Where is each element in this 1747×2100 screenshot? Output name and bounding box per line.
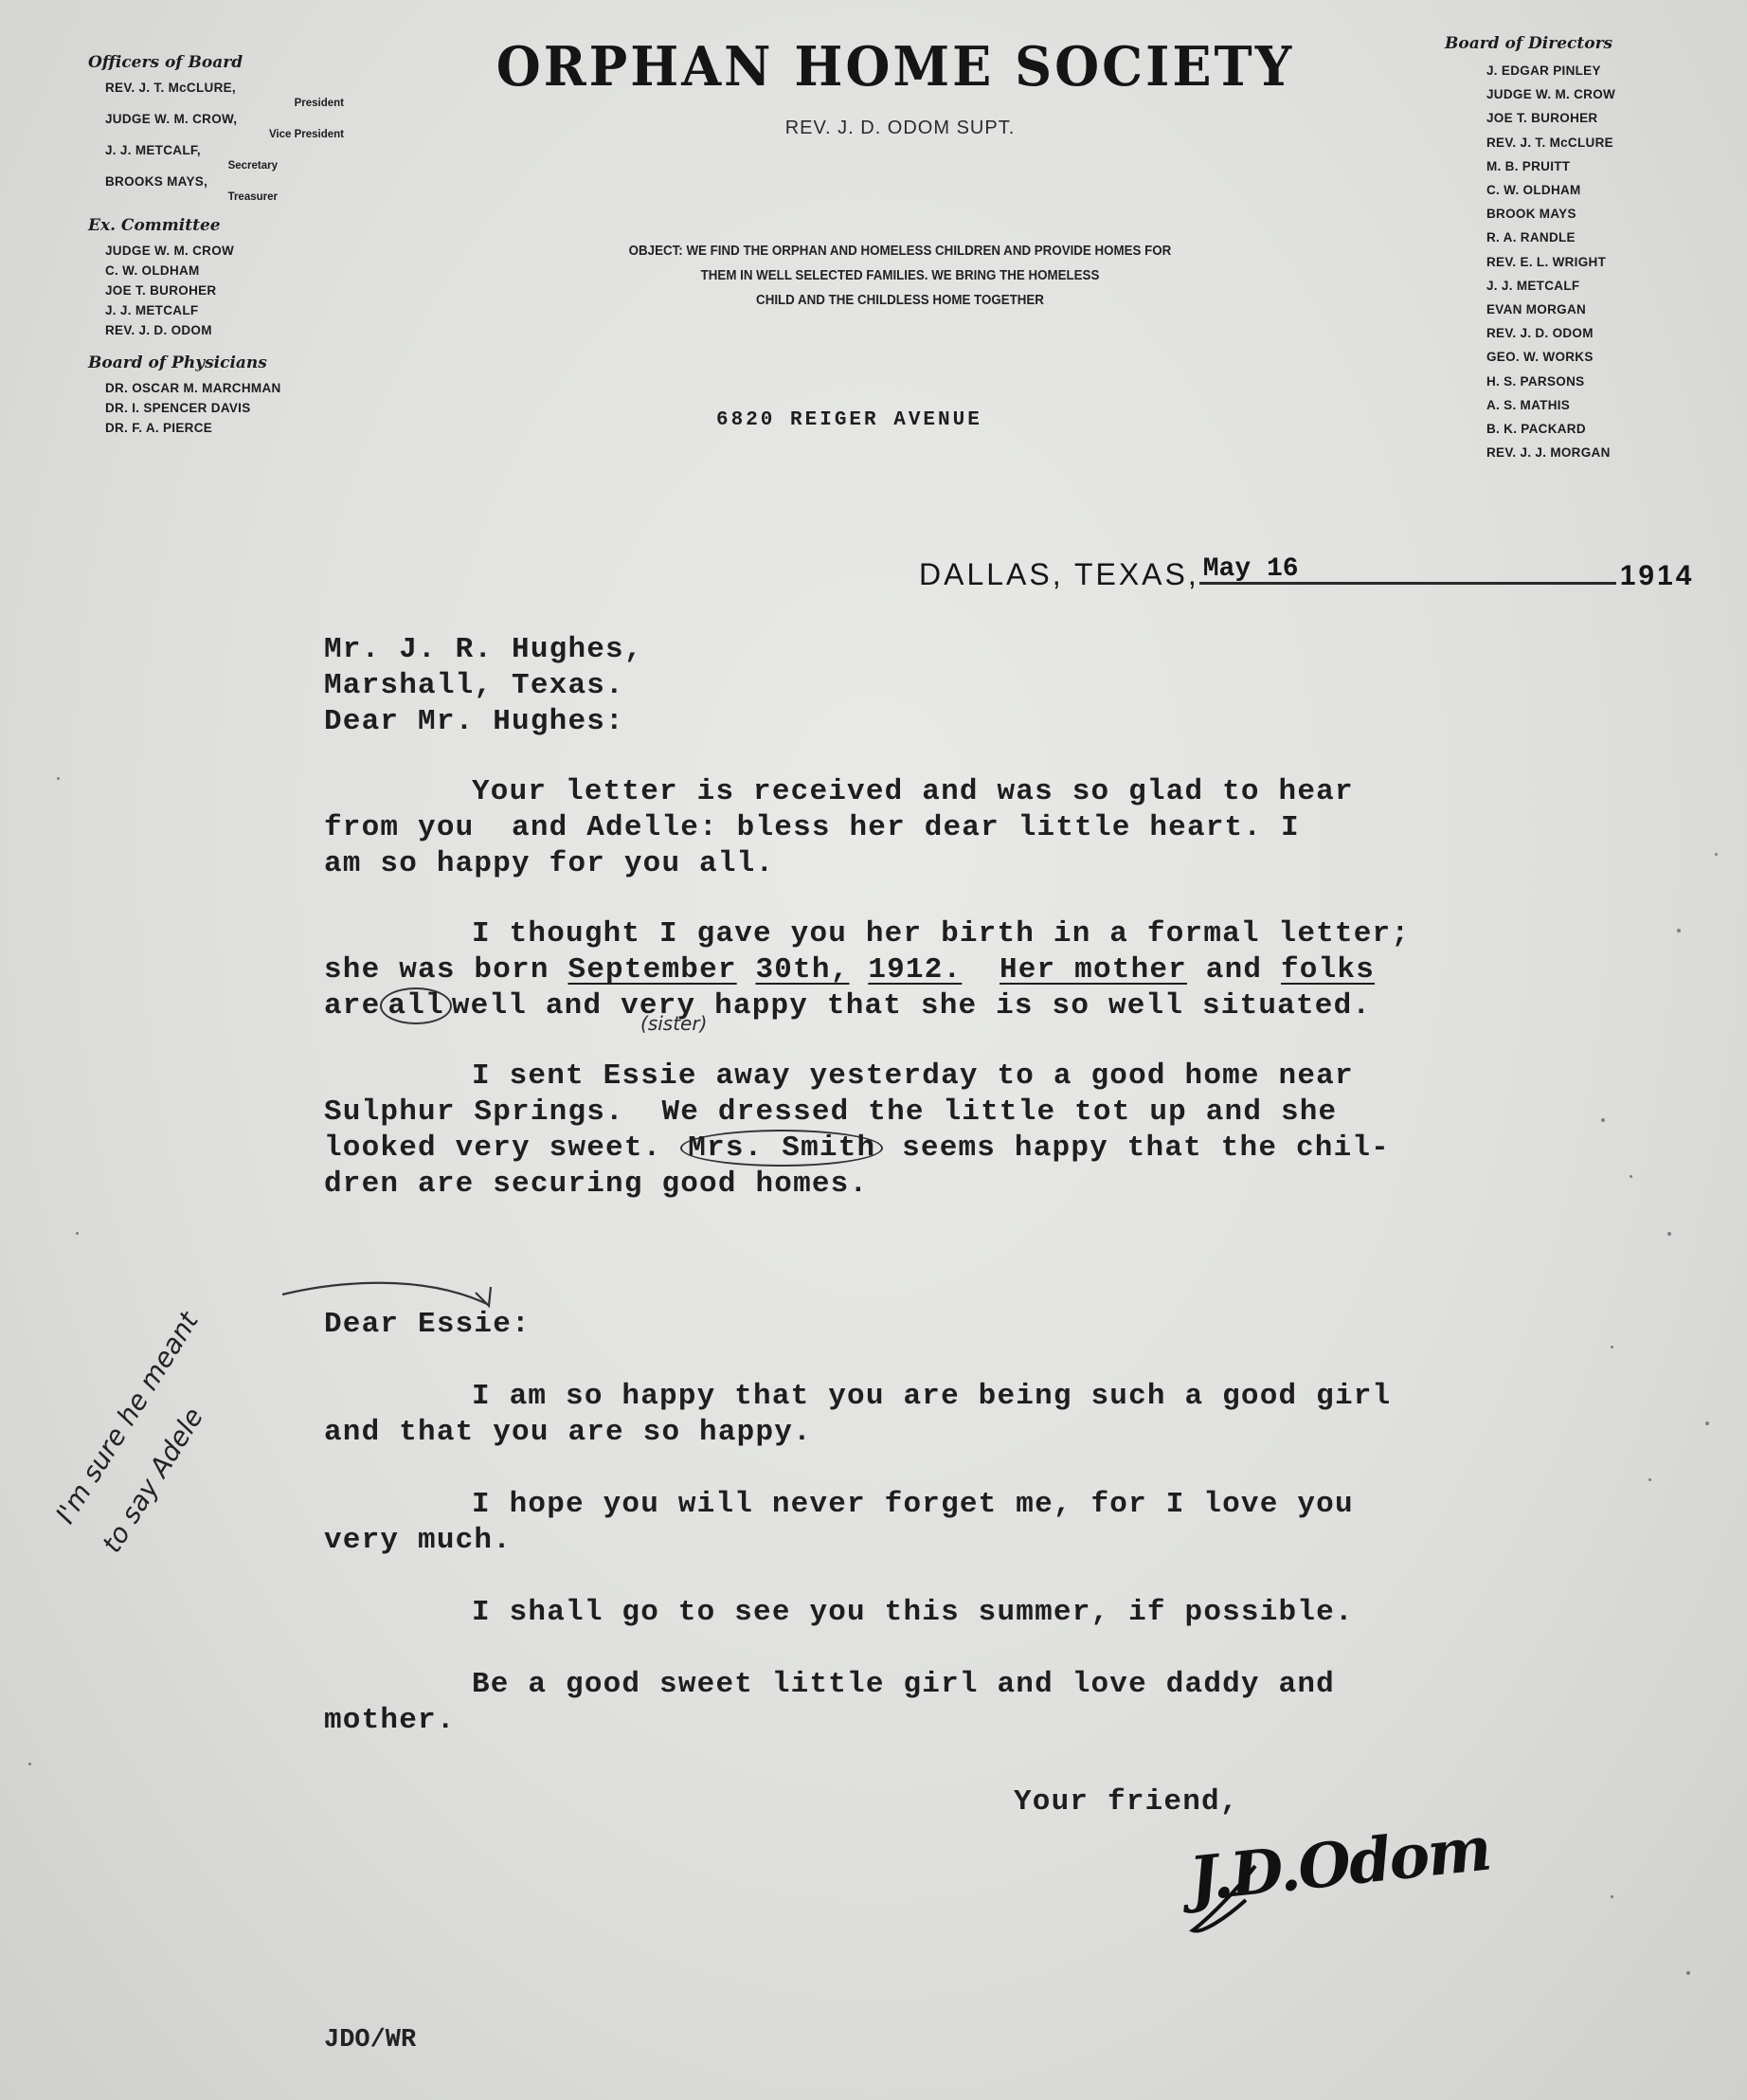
- ex-committee-heading: Ex. Committee: [88, 216, 344, 235]
- underlined-day: 30th,: [756, 953, 850, 987]
- director-name: J. EDGAR PINLEY: [1445, 59, 1701, 82]
- director-name: JOE T. BUROHER: [1445, 106, 1701, 130]
- reference-initials: JDO/WR: [324, 2026, 416, 2055]
- object-line: CHILD AND THE CHILDLESS HOME TOGETHER: [473, 288, 1327, 313]
- body-line: and that you are so happy.: [324, 1416, 812, 1449]
- committee-member: JUDGE W. M. CROW: [88, 241, 344, 261]
- salutation: Dear Mr. Hughes:: [324, 705, 624, 738]
- organization-title: ORPHAN HOME SOCIETY: [417, 34, 1374, 98]
- physician-name: DR. F. A. PIERCE: [88, 418, 344, 438]
- closing: Your friend,: [1014, 1785, 1239, 1819]
- officer-role: Secretary: [88, 160, 344, 172]
- body-line: I thought I gave you her birth in a form…: [472, 917, 1410, 950]
- circled-word-all: all: [380, 987, 451, 1024]
- dateline-year: 1914: [1620, 560, 1695, 591]
- body-line: I hope you will never forget me, for I l…: [472, 1488, 1354, 1521]
- underlined-folks: folks: [1281, 953, 1375, 987]
- body-line: am so happy for you all.: [324, 847, 774, 880]
- director-name: B. K. PACKARD: [1445, 417, 1701, 441]
- director-name: H. S. PARSONS: [1445, 370, 1701, 393]
- dateline: DALLAS, TEXAS,May 161914: [919, 557, 1696, 592]
- left-officers-column: Officers of Board REV. J. T. McCLURE, Pr…: [88, 53, 344, 451]
- director-name: JUDGE W. M. CROW: [1445, 82, 1701, 106]
- dateline-place: DALLAS, TEXAS,: [919, 557, 1199, 591]
- text-fragment: are: [324, 989, 380, 1023]
- director-name: REV. J. D. ODOM: [1445, 321, 1701, 345]
- officer-role: Vice President: [88, 129, 344, 140]
- body-line: I am so happy that you are being such a …: [472, 1380, 1391, 1413]
- superintendent-line: REV. J. D. ODOM SUPT.: [720, 118, 1080, 139]
- director-name: GEO. W. WORKS: [1445, 345, 1701, 369]
- object-line: THEM IN WELL SELECTED FAMILIES. WE BRING…: [473, 263, 1327, 288]
- officer-name: REV. J. T. McCLURE,: [88, 78, 344, 98]
- board-of-directors-column: Board of Directors J. EDGAR PINLEY JUDGE…: [1445, 34, 1701, 464]
- committee-member: JOE T. BUROHER: [88, 281, 344, 300]
- ex-committee: Ex. Committee JUDGE W. M. CROW C. W. OLD…: [88, 216, 344, 340]
- circled-name-mrs-smith: Mrs. Smith: [680, 1130, 883, 1167]
- director-name: J. J. METCALF: [1445, 274, 1701, 298]
- director-name: REV. J. T. McCLURE: [1445, 131, 1701, 154]
- signature-flourish-icon: [1189, 1862, 1341, 1938]
- director-name: R. A. RANDLE: [1445, 226, 1701, 249]
- text-fragment: she was born: [324, 953, 567, 987]
- dateline-date: May 16: [1203, 554, 1299, 584]
- body-line: areallwell and very happy that she is so…: [324, 989, 1371, 1023]
- body-line: mother.: [324, 1704, 456, 1737]
- officer-name: J. J. METCALF,: [88, 140, 344, 160]
- officer-name: JUDGE W. M. CROW,: [88, 109, 344, 129]
- body-line: she was born September 30th, 1912. Her m…: [324, 953, 1375, 987]
- committee-member: J. J. METCALF: [88, 300, 344, 320]
- director-name: A. S. MATHIS: [1445, 393, 1701, 417]
- physician-name: DR. I. SPENCER DAVIS: [88, 398, 344, 418]
- officer-role: Treasurer: [88, 191, 344, 203]
- recipient-name: Mr. J. R. Hughes,: [324, 633, 643, 666]
- date-blank: May 16: [1199, 559, 1616, 585]
- director-name: C. W. OLDHAM: [1445, 178, 1701, 202]
- handwritten-margin-note: I'm sure he meant to say Adele: [40, 1161, 349, 1565]
- director-name: REV. J. J. MORGAN: [1445, 441, 1701, 464]
- text-fragment: seems happy that the chil-: [883, 1131, 1390, 1165]
- committee-member: C. W. OLDHAM: [88, 261, 344, 281]
- body-line: very much.: [324, 1524, 512, 1557]
- officers-heading: Officers of Board: [88, 53, 344, 72]
- director-name: M. B. PRUITT: [1445, 154, 1701, 178]
- recipient-city: Marshall, Texas.: [324, 669, 624, 702]
- object-line: OBJECT: WE FIND THE ORPHAN AND HOMELESS …: [473, 239, 1327, 263]
- officers-of-board: Officers of Board REV. J. T. McCLURE, Pr…: [88, 53, 344, 203]
- physicians-heading: Board of Physicians: [88, 353, 344, 372]
- board-of-physicians: Board of Physicians DR. OSCAR M. MARCHMA…: [88, 353, 344, 438]
- body-line: I sent Essie away yesterday to a good ho…: [472, 1059, 1354, 1093]
- body-line: from you and Adelle: bless her dear litt…: [324, 811, 1300, 844]
- director-name: REV. E. L. WRIGHT: [1445, 250, 1701, 274]
- letter-page: ORPHAN HOME SOCIETY REV. J. D. ODOM SUPT…: [0, 0, 1747, 2100]
- handwritten-note-sister: sister: [640, 1012, 707, 1035]
- physician-name: DR. OSCAR M. MARCHMAN: [88, 378, 344, 398]
- text-fragment: looked very sweet.: [324, 1131, 680, 1165]
- underlined-mother: Her mother: [1000, 953, 1187, 987]
- body-line: Be a good sweet little girl and love dad…: [472, 1668, 1335, 1701]
- body-line: Your letter is received and was so glad …: [472, 775, 1354, 808]
- object-statement: OBJECT: WE FIND THE ORPHAN AND HOMELESS …: [473, 239, 1327, 313]
- salutation-essie: Dear Essie:: [324, 1308, 531, 1341]
- directors-heading: Board of Directors: [1445, 34, 1701, 53]
- text-fragment: well and very happy that she is so well …: [452, 989, 1371, 1023]
- street-address: 6820 REIGER AVENUE: [716, 409, 1095, 431]
- text-fragment: and: [1187, 953, 1281, 987]
- body-line: Sulphur Springs. We dressed the little t…: [324, 1095, 1337, 1129]
- officer-role: President: [88, 98, 344, 109]
- director-name: EVAN MORGAN: [1445, 298, 1701, 321]
- body-line: I shall go to see you this summer, if po…: [472, 1596, 1354, 1629]
- committee-member: REV. J. D. ODOM: [88, 320, 344, 340]
- body-line: dren are securing good homes.: [324, 1168, 868, 1201]
- underlined-year: 1912.: [868, 953, 962, 987]
- body-line: looked very sweet. Mrs. Smith seems happ…: [324, 1131, 1390, 1165]
- underlined-month: September: [567, 953, 736, 987]
- officer-name: BROOKS MAYS,: [88, 172, 344, 191]
- director-name: BROOK MAYS: [1445, 202, 1701, 226]
